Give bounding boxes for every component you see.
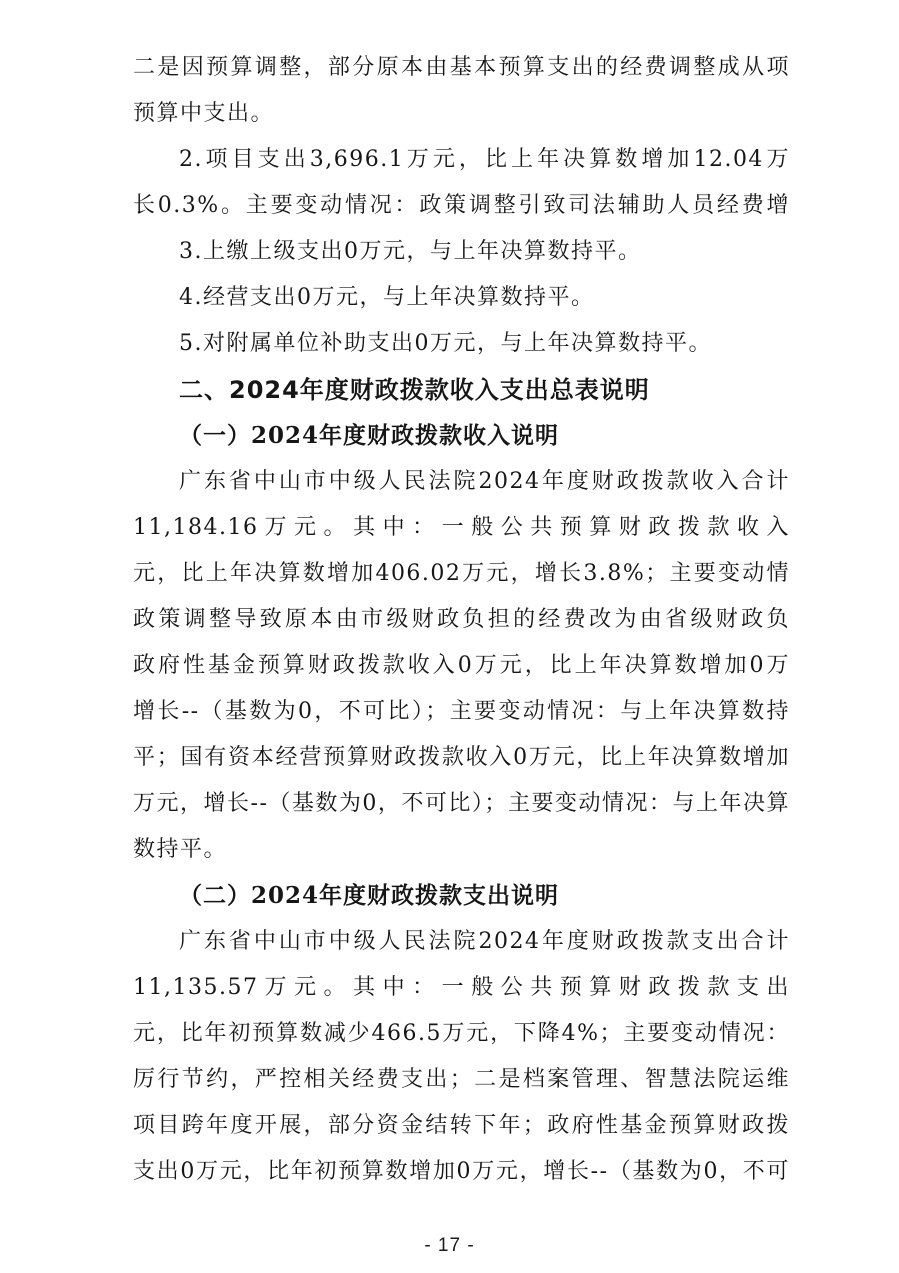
para-line: 政府性基金预算财政拨款收入0万元，比上年决算数增加0万元，	[133, 643, 790, 689]
para-line: 增长--（基数为0，不可比）；主要变动情况：与上年决算数持	[133, 689, 790, 735]
document-body: 二是因预算调整，部分原本由基本预算支出的经费调整成从项目 预算中支出。 2.项目…	[133, 45, 790, 1195]
para-line: 政策调整导致原本由市级财政负担的经费改为由省级财政负担；	[133, 597, 790, 643]
document-page: 二是因预算调整，部分原本由基本预算支出的经费调整成从项目 预算中支出。 2.项目…	[0, 0, 899, 1273]
para-line: 数持平。	[133, 827, 790, 873]
para-line: 项目跨年度开展，部分资金结转下年；政府性基金预算财政拨款	[133, 1103, 790, 1149]
para-line: 元，比上年决算数增加406.02万元，增长3.8%；主要变动情况：	[133, 551, 790, 597]
para-line: 广东省中山市中级人民法院2024年度财政拨款收入合计	[133, 459, 790, 505]
para-line: 厉行节约，严控相关经费支出；二是档案管理、智慧法院运维等	[133, 1057, 790, 1103]
para-line: 3.上缴上级支出0万元，与上年决算数持平。	[133, 229, 790, 275]
footer-page-number: - 17 -	[0, 1235, 899, 1257]
para-line: 长0.3%。主要变动情况：政策调整引致司法辅助人员经费增加。	[133, 183, 790, 229]
subsection-heading: （二）2024年度财政拨款支出说明	[133, 873, 790, 919]
para-line: 4.经营支出0万元，与上年决算数持平。	[133, 275, 790, 321]
subsection-heading: （一）2024年度财政拨款收入说明	[133, 413, 790, 459]
para-line: 广东省中山市中级人民法院2024年度财政拨款支出合计	[133, 919, 790, 965]
section-heading: 二、2024年度财政拨款收入支出总表说明	[133, 367, 790, 413]
para-line: 支出0万元，比年初预算数增加0万元，增长--（基数为0，不可	[133, 1149, 790, 1195]
para-line: 二是因预算调整，部分原本由基本预算支出的经费调整成从项目	[133, 45, 790, 91]
para-line: 万元，增长--（基数为0，不可比）；主要变动情况：与上年决算	[133, 781, 790, 827]
para-line: 11,184.16万元。其中：一般公共预算财政拨款收入11,184.16万	[133, 505, 790, 551]
para-line: 平；国有资本经营预算财政拨款收入0万元，比上年决算数增加0	[133, 735, 790, 781]
para-line: 元，比年初预算数减少466.5万元，下降4%；主要变动情况：一是	[133, 1011, 790, 1057]
para-line: 2.项目支出3,696.1万元，比上年决算数增加12.04万元，增	[133, 137, 790, 183]
para-line: 预算中支出。	[133, 91, 790, 137]
para-line: 5.对附属单位补助支出0万元，与上年决算数持平。	[133, 321, 790, 367]
para-line: 11,135.57万元。其中：一般公共预算财政拨款支出11,135.57万	[133, 965, 790, 1011]
